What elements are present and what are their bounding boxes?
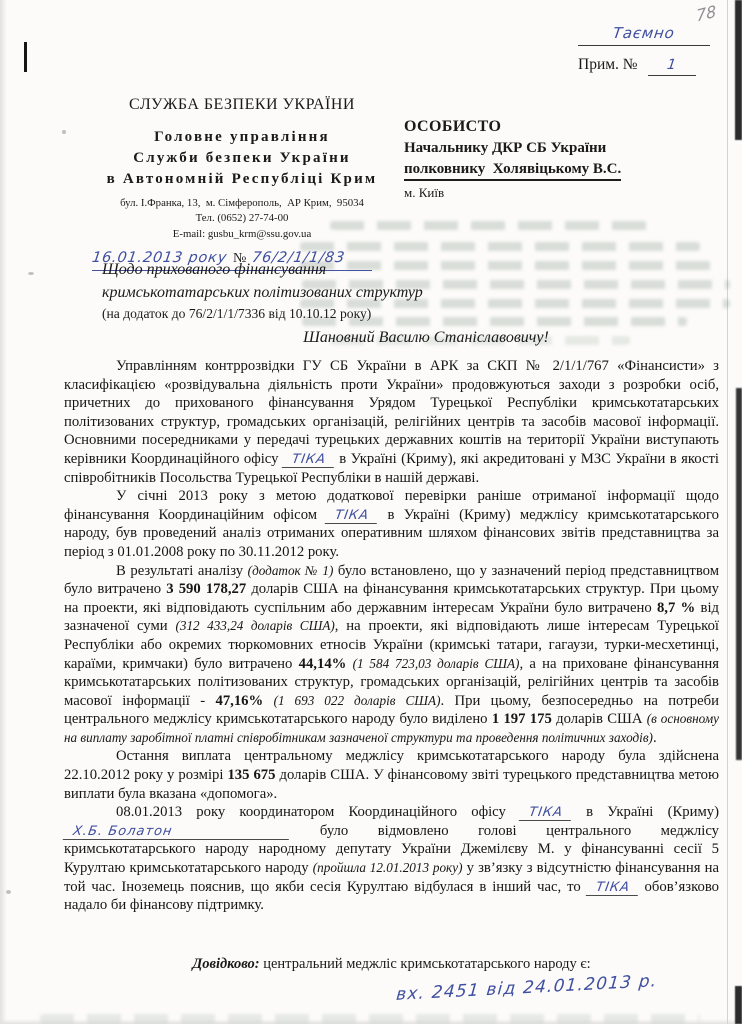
subject-line: Щодо прихованого фінансування [102, 258, 532, 281]
reference-note-label: Довідково: [192, 956, 259, 972]
scan-edge-right [727, 0, 742, 1024]
paragraph: 08.01.2013 року координатором Координаці… [64, 803, 719, 915]
copy-label: Прим. № [578, 56, 638, 73]
sender-contacts: бул. І.Франка, 13, м. Сімферополь, АР Кр… [66, 196, 418, 242]
text-segment: (1 693 022 доларів США) [274, 693, 441, 708]
scan-shadow [735, 986, 742, 1024]
text-segment: (312 433,24 доларів США) [175, 618, 334, 633]
division-line: Служби безпеки України [66, 148, 418, 169]
text-segment: . [653, 730, 657, 746]
body-paragraphs: Управлінням контррозвідки ГУ СБ України … [64, 357, 719, 915]
text-segment: 8,7 % [657, 600, 695, 616]
text-segment: (додаток № 1) [248, 563, 334, 578]
bleedthrough-line [40, 1014, 700, 1023]
salutation: Шановний Василю Станіславовичу! [64, 329, 718, 347]
copy-number-handwritten: 1 [666, 57, 678, 73]
reference-note-text: центральний меджліс кримськотатарського … [260, 956, 591, 972]
scan-shadow [736, 388, 742, 760]
sender-address: бул. І.Франка, 13, м. Сімферополь, АР Кр… [66, 196, 418, 211]
page-number-handwritten: 78 [696, 1, 717, 25]
paragraph: Остання виплата центральному меджлісу кр… [64, 747, 719, 803]
registration-note-handwritten: вх. 2451 від 24.01.2013 р. [395, 971, 658, 1005]
handwritten-text: ТІКА [282, 452, 336, 468]
text-segment: 1 197 175 [492, 711, 552, 727]
paragraph: В результаті аналізу (додаток № 1) було … [64, 562, 719, 748]
reference-note: Довідково: центральний меджліс кримськот… [64, 956, 719, 973]
text-segment: 44,14% [299, 656, 347, 672]
recipient-city: м. Київ [404, 185, 724, 201]
recipient-block: ОСОБИСТО Начальнику ДКР СБ України полко… [404, 118, 724, 201]
text-segment: (1 584 723,03 доларів США) [353, 656, 520, 671]
text-segment: 135 675 [227, 767, 275, 783]
subject-line: кримськотатарських політизованих структу… [102, 281, 532, 304]
secrecy-stamp: Таємно [578, 24, 710, 46]
sender-email: E-mail: gusbu_krm@ssu.gov.ua [66, 227, 418, 242]
scan-speck [6, 890, 11, 894]
subject-reference: (на додаток до 76/2/1/1/7336 від 10.10.1… [102, 306, 532, 322]
handwritten-text: ТІКА [585, 880, 639, 896]
scan-mark [24, 42, 27, 72]
handwritten-text: Х.Б. Болатон [63, 824, 292, 840]
recipient-name: полковнику Холявіцькому В.С. [404, 161, 621, 181]
agency-name: СЛУЖБА БЕЗПЕКИ УКРАЇНИ [66, 96, 418, 114]
personal-label: ОСОБИСТО [404, 118, 724, 136]
text-segment: 47,16% [215, 693, 263, 709]
scanned-letter-page: 78 Таємно Прим. №1 СЛУЖБА БЕЗПЕКИ УКРАЇН… [0, 0, 742, 1024]
copy-number-line: Прим. №1 [578, 56, 696, 76]
text-segment: 3 590 178,27 [166, 581, 246, 597]
handwritten-text: ТІКА [325, 508, 379, 524]
text-segment: 08.01.2013 року координатором Координаці… [116, 804, 520, 820]
text-segment: В результаті аналізу [116, 563, 248, 579]
text-segment: (пройшла 12.01.2013 року) [313, 860, 463, 875]
recipient-title: Начальнику ДКР СБ України [404, 140, 724, 157]
secrecy-handwritten: Таємно [612, 24, 676, 42]
division-name: Головне управління Служби безпеки Україн… [66, 127, 418, 190]
text-segment [263, 693, 273, 709]
scan-edge-left [0, 0, 7, 1024]
scan-speck [28, 272, 34, 275]
sender-block: СЛУЖБА БЕЗПЕКИ УКРАЇНИ Головне управлінн… [66, 96, 418, 271]
subject-block: Щодо прихованого фінансування кримськота… [102, 258, 532, 322]
scan-shadow [735, 0, 742, 140]
sender-phone: Тел. (0652) 27-74-00 [66, 211, 418, 226]
paragraph: Управлінням контррозвідки ГУ СБ України … [64, 357, 719, 487]
text-segment: в Україні (Криму) [572, 804, 719, 820]
paragraph: У січні 2013 року з метою додаткової пер… [64, 487, 719, 561]
handwritten-text: ТІКА [519, 805, 573, 821]
text-segment: доларів США [552, 711, 647, 727]
division-line: Головне управління [66, 127, 418, 148]
division-line: в Автономній Республіці Крим [66, 169, 418, 190]
page-edge-line [727, 0, 728, 1024]
